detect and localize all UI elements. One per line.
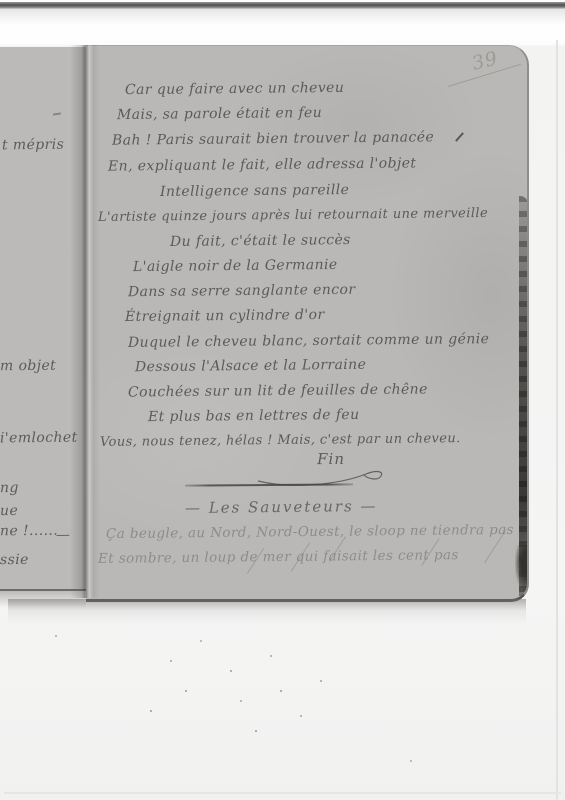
dust-speckles xyxy=(150,710,152,712)
correction-strike-mark xyxy=(455,132,464,142)
scan-top-glow xyxy=(0,9,565,45)
poem-line: Mais, sa parole était en feu xyxy=(117,105,322,123)
poem-line: Dessous l'Alsace et la Lorraine xyxy=(135,357,366,375)
poem-line: Couchées sur un lit de feuilles de chêne xyxy=(128,381,428,400)
poem-line: En, expliquant le fait, elle adressa l'o… xyxy=(108,155,417,174)
page-shadow xyxy=(8,599,526,625)
margin-fragment: — xyxy=(56,527,71,543)
poem-line: Bah ! Paris saurait bien trouver la pana… xyxy=(112,129,434,148)
margin-fragment: m objet xyxy=(0,358,56,375)
fin-flourish xyxy=(254,466,390,490)
margin-fragment: ng xyxy=(0,480,19,496)
margin-fragment: i'emlochet xyxy=(0,430,78,447)
facing-page-edge: t mépris m objet i'emlochet ng ue ne !..… xyxy=(0,47,88,591)
margin-fragment: ne !...... xyxy=(0,523,58,540)
poem-line: Étreignait un cylindre d'or xyxy=(125,307,325,325)
pencil-line: Ça beugle, au Nord, Nord-Ouest, le sloop… xyxy=(106,522,514,542)
poem-line: Du fait, c'était le succès xyxy=(170,232,351,250)
scan-edge-right xyxy=(556,40,558,800)
poem-line: Duquel le cheveu blanc, sortait comme un… xyxy=(128,331,489,351)
worn-corner xyxy=(515,545,529,591)
worn-page-edge xyxy=(519,196,528,596)
scan-edge-bottom xyxy=(4,792,561,794)
margin-fragment: ssie xyxy=(0,552,29,568)
poem-line: L'aigle noir de la Germanie xyxy=(133,257,338,275)
poem-line: L'artiste quinze jours après lui retourn… xyxy=(98,206,488,225)
poem-line: Dans sa serre sanglante encor xyxy=(128,282,356,300)
poem-line: Vous, nous tenez, hélas ! Mais, c'est pa… xyxy=(100,431,461,450)
pencil-line: Et sombre, un loup de mer qui faisait le… xyxy=(98,547,459,567)
scan-top-shadow xyxy=(0,2,565,9)
poem-line: Et plus bas en lettres de feu xyxy=(148,407,360,425)
section-title: — Les Sauveteurs — xyxy=(185,497,378,517)
poem-line: Car que faire avec un cheveu xyxy=(125,80,344,98)
poem-line: Intelligence sans pareille xyxy=(160,182,349,200)
margin-fragment: ue xyxy=(0,503,18,519)
pencil-mark xyxy=(53,112,61,115)
margin-fragment: t mépris xyxy=(2,137,64,154)
manuscript-page: 39 Car que faire avec un cheveu Mais, sa… xyxy=(86,45,529,602)
